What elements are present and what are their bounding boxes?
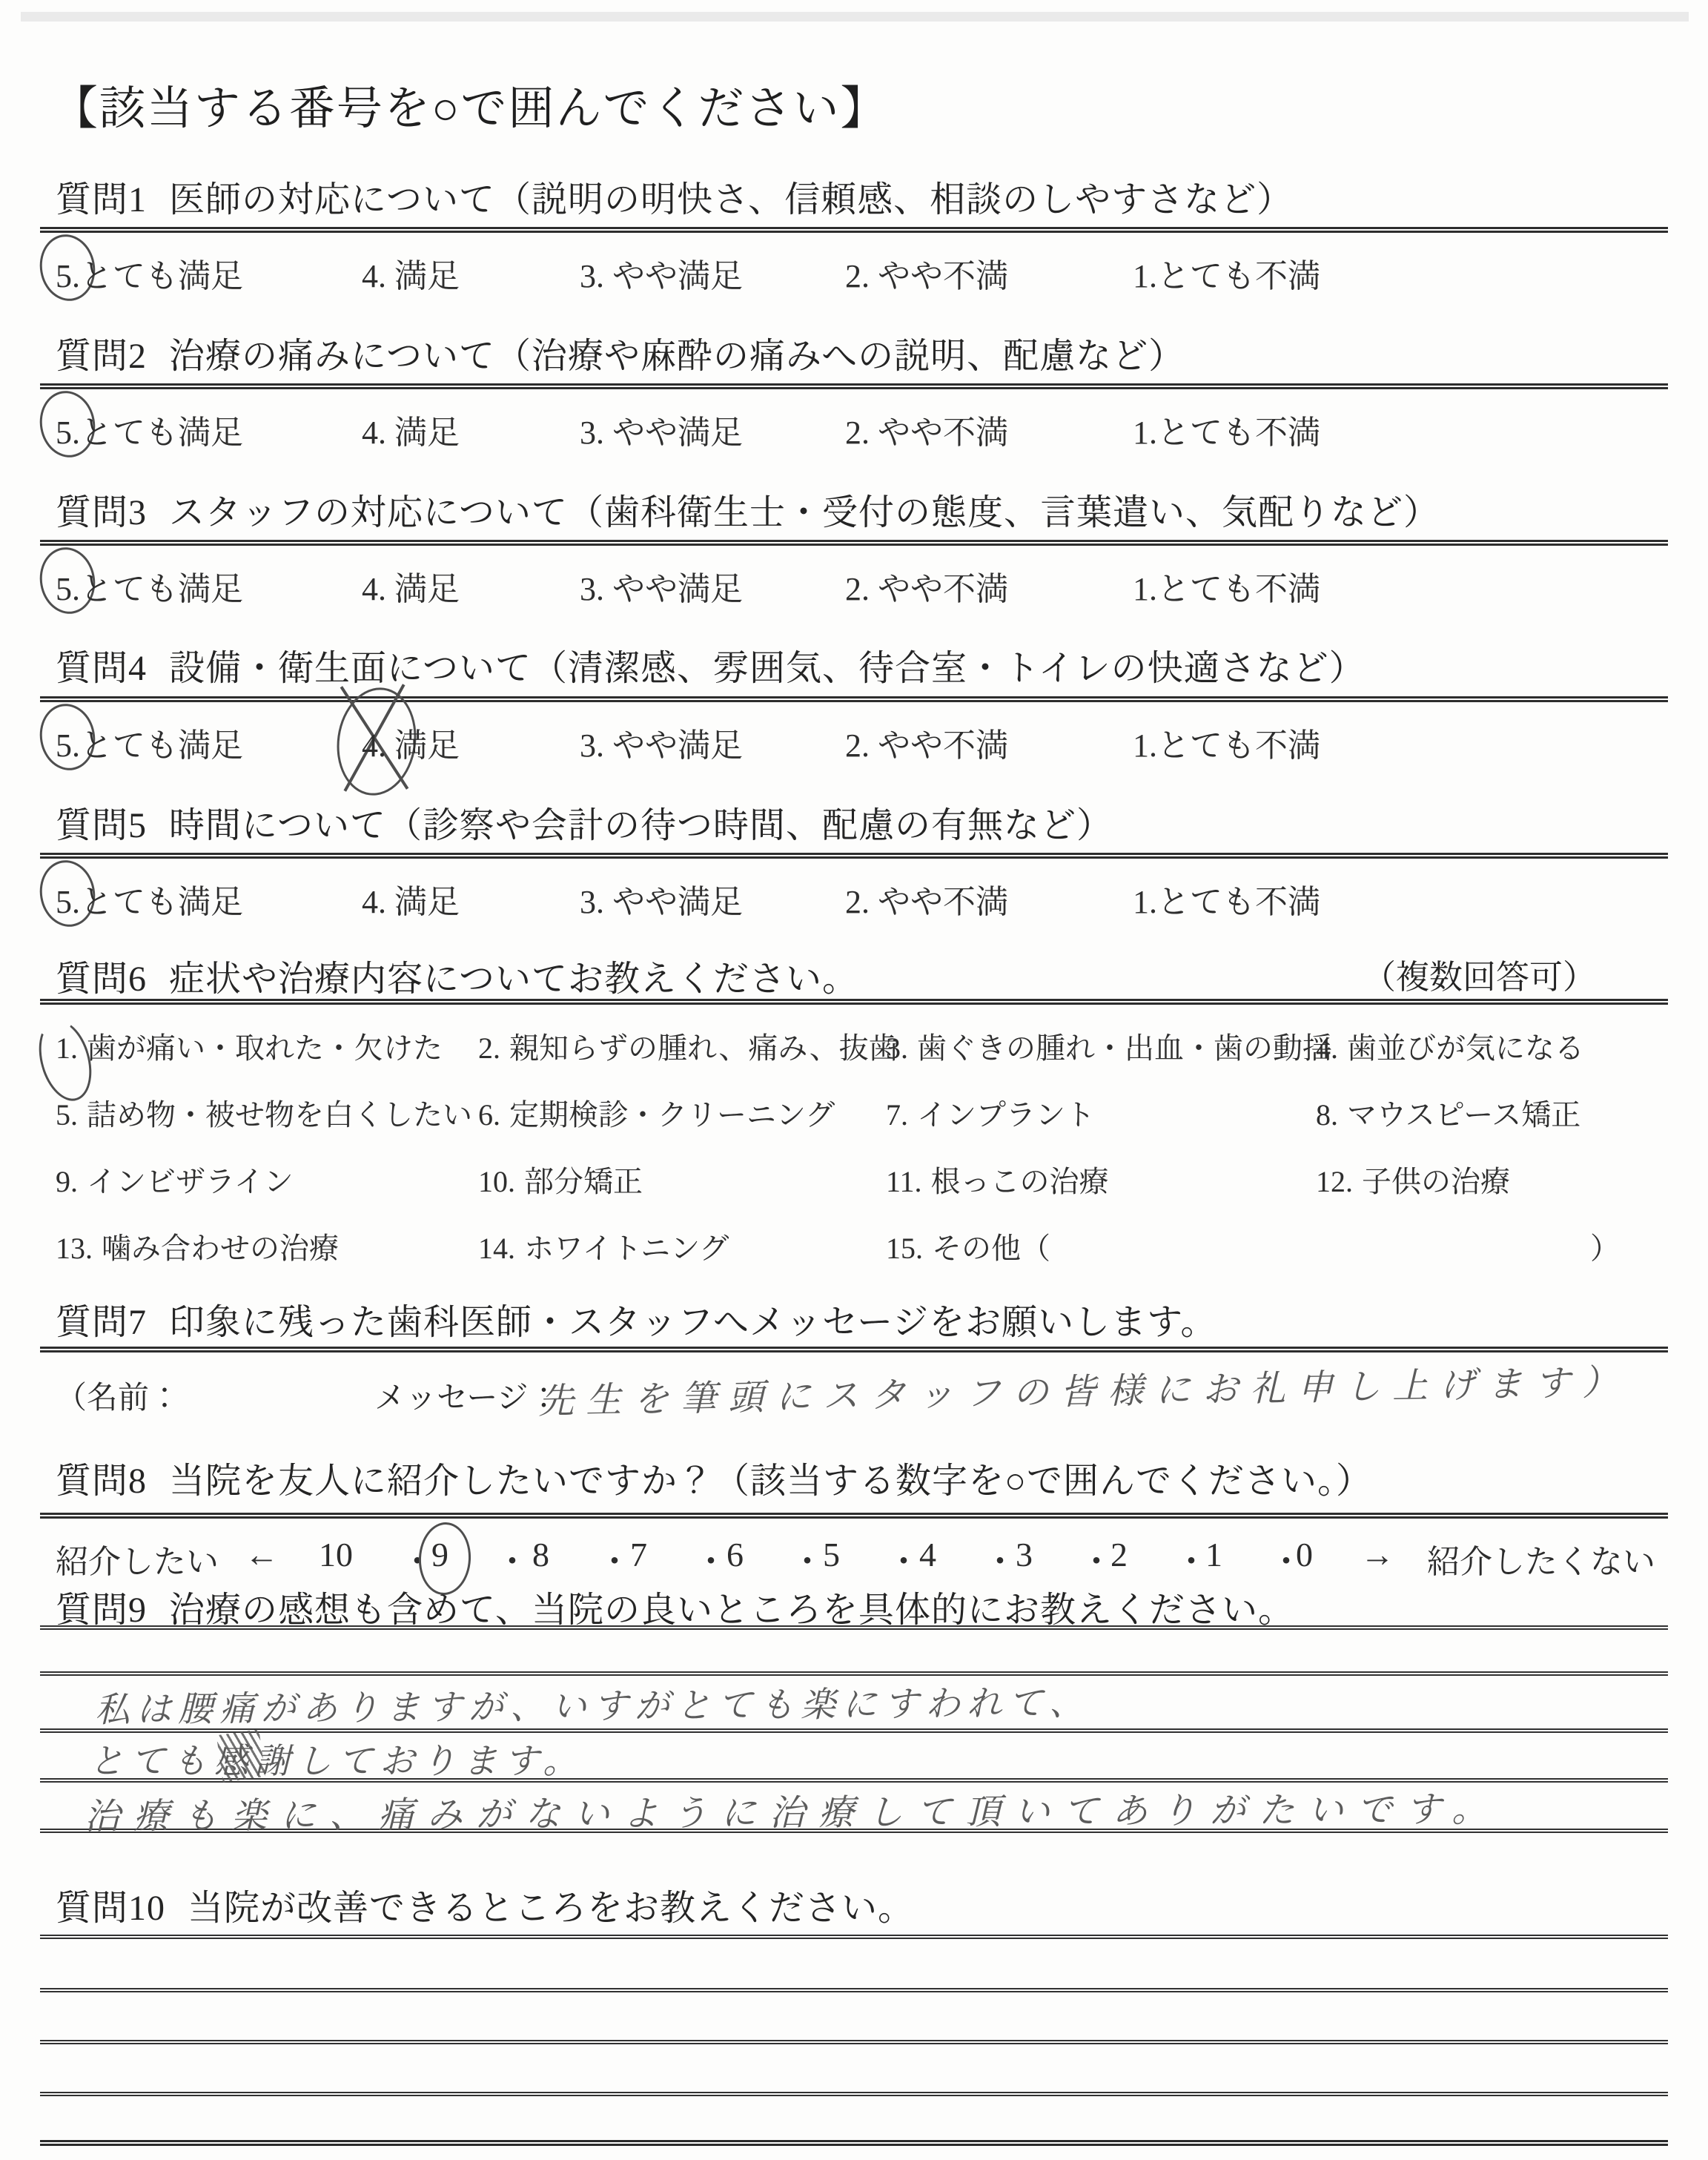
q6-item-7-label: インプラント [917, 1098, 1095, 1132]
q10-separator [40, 1935, 1668, 1939]
q6-item-6-num: 6. [478, 1098, 500, 1132]
q8-number-9: 9 [431, 1535, 448, 1574]
q8-dot-7: ・ [983, 1535, 1017, 1584]
q6-item-2-label: 親知らずの腫れ、痛み、抜歯 [509, 1031, 898, 1065]
q4-option-2: 2. やや不満 [845, 719, 1008, 766]
q1-option-5: 5.とても満足 [56, 249, 243, 297]
q6-item-11: 11.根っこの治療 [886, 1158, 1109, 1200]
q6-text: 症状や治療内容についてお教えください。 [169, 960, 858, 999]
q9-handwritten-line-1: 私は腰痛がありますが、いすがとても楽にすわれて、 [95, 1675, 1090, 1731]
q5-separator [40, 853, 1668, 859]
q8-right-label: 紹介したくない [1427, 1535, 1655, 1582]
q6-item-10-label: 部分矯正 [524, 1165, 643, 1198]
q5-heading: 質問5時間について（診察や会計の待つ時間、配慮の有無など） [56, 796, 1113, 848]
q6-item-1-label: 歯が痛い・取れた・欠けた [87, 1031, 443, 1065]
q5-text: 時間について（診察や会計の待つ時間、配慮の有無など） [169, 806, 1113, 845]
q8-dot-2: ・ [495, 1535, 529, 1584]
q6-item-5: 5.詰め物・被せ物を白くしたい [56, 1091, 472, 1134]
q6-item-9-num: 9. [56, 1165, 78, 1198]
q6-item-8: 8.マウスピース矯正 [1316, 1091, 1580, 1134]
q6-item-13-label: 噛み合わせの治療 [102, 1232, 339, 1265]
q1-text: 医師の対応について（説明の明快さ、信頼感、相談のしやすさなど） [169, 180, 1293, 219]
q9-separator [40, 1625, 1668, 1630]
q2-separator [40, 383, 1668, 389]
q6-item-13: 13.噛み合わせの治療 [56, 1225, 339, 1267]
q8-number-8: 8 [532, 1535, 549, 1574]
q6-item-3-label: 歯ぐきの腫れ・出血・歯の動揺 [917, 1031, 1332, 1065]
q6-item-1: 1.歯が痛い・取れた・欠けた [56, 1025, 443, 1067]
q5-option-5: 5.とても満足 [56, 875, 243, 922]
q2-option-4: 4. 満足 [362, 406, 460, 453]
q6-item-8-label: マウスピース矯正 [1347, 1098, 1580, 1132]
q1-label: 質問1 [56, 180, 147, 219]
q7-heading: 質問7印象に残った歯科医師・スタッフへメッセージをお願いします。 [56, 1293, 1217, 1344]
q9-scribbled-out-character-annotation [216, 1729, 265, 1782]
q8-dot-9: ・ [1174, 1535, 1208, 1584]
q6-label: 質問6 [56, 960, 147, 999]
q1-option-4: 4. 満足 [362, 249, 460, 297]
form-title: 【該当する番号を○で囲んでください】 [52, 71, 887, 137]
q6-item-14: 14.ホワイトニング [478, 1225, 729, 1267]
q8-number-10: 10 [319, 1535, 353, 1574]
q6-item-13-num: 13. [56, 1232, 93, 1265]
q4-option-5: 5.とても満足 [56, 719, 243, 766]
scan-artifact-band [21, 12, 1689, 22]
q8-right-arrow-icon: → [1360, 1535, 1394, 1574]
q8-label: 質問8 [56, 1462, 147, 1501]
q5-option-4: 4. 満足 [362, 875, 460, 922]
q6-row-2: 5.詰め物・被せ物を白くしたい 6.定期検診・クリーニング 7.インプラント 8… [0, 1091, 1708, 1139]
q7-label: 質問7 [56, 1303, 147, 1342]
q2-options: 5.とても満足 4. 満足 3. やや満足 2. やや不満 1.とても不満 [0, 401, 1708, 455]
q2-label: 質問2 [56, 337, 147, 376]
q10-answer-line-3 [40, 2092, 1668, 2096]
q8-number-4: 4 [919, 1535, 936, 1574]
q8-number-0: 0 [1296, 1535, 1313, 1574]
q6-item-4: 4.歯並びが気になる [1316, 1025, 1584, 1067]
q9-answer-line-1 [40, 1671, 1668, 1676]
q6-item-15-num: 15. [886, 1232, 923, 1265]
q6-separator [40, 999, 1668, 1005]
q9-handwritten-line-2: とても感謝しております。 [89, 1734, 584, 1783]
q6-item-15: 15.その他（ [886, 1225, 1050, 1267]
q7-message-field-label: メッセージ： [374, 1373, 559, 1418]
q6-item-4-label: 歯並びが気になる [1347, 1031, 1584, 1065]
q4-option-4: 4. 満足 [362, 719, 460, 766]
q6-item-1-num: 1. [56, 1031, 78, 1065]
q6-item-14-label: ホワイトニング [524, 1232, 729, 1265]
q3-separator [40, 540, 1668, 546]
q6-item-11-num: 11. [886, 1165, 922, 1198]
q6-item-8-num: 8. [1316, 1098, 1338, 1132]
q6-row-4: 13.噛み合わせの治療 14.ホワイトニング 15.その他（ ） [0, 1225, 1708, 1272]
q8-number-2: 2 [1110, 1535, 1128, 1574]
q5-option-3: 3. やや満足 [580, 875, 743, 922]
q6-item-3-num: 3. [886, 1031, 908, 1065]
survey-page: 【該当する番号を○で囲んでください】 質問1医師の対応について（説明の明快さ、信… [0, 0, 1708, 2160]
q6-item-6: 6.定期検診・クリーニング [478, 1091, 835, 1134]
q8-number-5: 5 [823, 1535, 840, 1574]
q10-answer-line-1 [40, 1988, 1668, 1992]
q2-option-2: 2. やや不満 [845, 406, 1008, 453]
q3-text: スタッフの対応について（歯科衛生士・受付の態度、言葉遣い、気配りなど） [169, 493, 1440, 532]
q8-heading: 質問8当院を友人に紹介したいですか？（該当する数字を○で囲んでください。） [56, 1452, 1372, 1503]
q2-text: 治療の痛みについて（治療や麻酔の痛みへの説明、配慮など） [169, 337, 1185, 376]
q1-option-2: 2. やや不満 [845, 249, 1008, 297]
q4-separator [40, 696, 1668, 702]
q6-multi-answer-note: （複数回答可） [1363, 950, 1596, 998]
q6-item-5-label: 詰め物・被せ物を白くしたい [87, 1098, 472, 1132]
q10-answer-line-4 [40, 2140, 1668, 2146]
q4-option-1: 1.とても不満 [1133, 719, 1320, 766]
q3-heading: 質問3スタッフの対応について（歯科衛生士・受付の態度、言葉遣い、気配りなど） [56, 483, 1440, 535]
q1-option-1: 1.とても不満 [1133, 249, 1320, 297]
q8-text: 当院を友人に紹介したいですか？（該当する数字を○で囲んでください。） [169, 1462, 1372, 1501]
q8-number-1: 1 [1205, 1535, 1222, 1574]
q8-number-9-wrap: 9 [431, 1535, 448, 1574]
q6-item-12-num: 12. [1316, 1165, 1353, 1198]
q10-label: 質問10 [56, 1889, 165, 1928]
q8-left-label: 紹介したい [56, 1535, 219, 1582]
q8-dot-3: ・ [598, 1535, 632, 1584]
q6-row-1: 1.歯が痛い・取れた・欠けた 2.親知らずの腫れ、痛み、抜歯 3.歯ぐきの腫れ・… [0, 1025, 1708, 1072]
q8-number-7: 7 [630, 1535, 647, 1574]
q5-options: 5.とても満足 4. 満足 3. やや満足 2. やや不満 1.とても不満 [0, 871, 1708, 924]
q1-heading: 質問1医師の対応について（説明の明快さ、信頼感、相談のしやすさなど） [56, 171, 1293, 222]
q8-dot-4: ・ [694, 1535, 728, 1584]
q6-heading: 質問6症状や治療内容についてお教えください。 [56, 950, 858, 1001]
q4-heading: 質問4設備・衛生面について（清潔感、雰囲気、待合室・トイレの快適さなど） [56, 639, 1366, 690]
q6-item-2: 2.親知らずの腫れ、痛み、抜歯 [478, 1025, 898, 1067]
q5-label: 質問5 [56, 806, 147, 845]
q8-dot-5: ・ [790, 1535, 824, 1584]
q6-item-7-num: 7. [886, 1098, 908, 1132]
q9-text: 治療の感想も含めて、当院の良いところを具体的にお教えください。 [169, 1591, 1294, 1630]
q6-other-close-paren: ） [1590, 1225, 1620, 1267]
q6-item-7: 7.インプラント [886, 1091, 1095, 1134]
q8-dot-8: ・ [1079, 1535, 1113, 1584]
q6-item-3: 3.歯ぐきの腫れ・出血・歯の動揺 [886, 1025, 1332, 1067]
q6-item-12-label: 子供の治療 [1362, 1165, 1510, 1198]
q3-options: 5.とても満足 4. 満足 3. やや満足 2. やや不満 1.とても不満 [0, 558, 1708, 611]
q9-handwritten-line-3: 治療も楽に、痛みがないように治療して頂いてありがたいです。 [85, 1780, 1501, 1839]
q8-number-3: 3 [1016, 1535, 1033, 1574]
q10-text: 当院が改善できるところをお教えください。 [188, 1889, 914, 1928]
q7-name-field-label: （名前： [56, 1373, 180, 1418]
q2-option-5: 5.とても満足 [56, 406, 243, 453]
q6-item-10-num: 10. [478, 1165, 515, 1198]
q4-options: 5.とても満足 4. 満足 3. やや満足 2. やや不満 1.とても不満 [0, 714, 1708, 767]
q6-item-4-num: 4. [1316, 1031, 1338, 1065]
q6-item-6-label: 定期検診・クリーニング [509, 1098, 835, 1132]
q4-label: 質問4 [56, 649, 147, 688]
q6-item-11-label: 根っこの治療 [931, 1165, 1109, 1198]
q3-option-1: 1.とても不満 [1133, 562, 1320, 610]
q9-heading: 質問9治療の感想も含めて、当院の良いところを具体的にお教えください。 [56, 1581, 1294, 1632]
q7-separator [40, 1347, 1668, 1353]
q5-option-1: 1.とても不満 [1133, 875, 1320, 922]
q6-item-5-num: 5. [56, 1098, 78, 1132]
q6-item-10: 10.部分矯正 [478, 1158, 643, 1200]
q8-separator [40, 1513, 1668, 1519]
q6-item-15-label: その他（ [932, 1232, 1050, 1265]
q3-option-3: 3. やや満足 [580, 562, 743, 610]
q4-option-3: 3. やや満足 [580, 719, 743, 766]
q6-item-12: 12.子供の治療 [1316, 1158, 1510, 1200]
q8-number-6: 6 [726, 1535, 744, 1574]
q6-item-9-label: インビザライン [87, 1165, 294, 1198]
q3-option-5: 5.とても満足 [56, 562, 243, 610]
q6-item-14-num: 14. [478, 1232, 515, 1265]
q9-label: 質問9 [56, 1591, 147, 1630]
q3-option-4: 4. 満足 [362, 562, 460, 610]
q3-label: 質問3 [56, 493, 147, 532]
q6-row-3: 9.インビザライン 10.部分矯正 11.根っこの治療 12.子供の治療 [0, 1158, 1708, 1206]
q2-option-1: 1.とても不満 [1133, 406, 1320, 453]
q4-text: 設備・衛生面について（清潔感、雰囲気、待合室・トイレの快適さなど） [169, 649, 1366, 688]
q8-left-arrow-icon: ← [245, 1535, 279, 1574]
q5-option-2: 2. やや不満 [845, 875, 1008, 922]
q10-heading: 質問10当院が改善できるところをお教えください。 [56, 1879, 914, 1930]
q6-item-9: 9.インビザライン [56, 1158, 294, 1200]
q2-option-3: 3. やや満足 [580, 406, 743, 453]
q8-dot-6: ・ [887, 1535, 921, 1584]
q3-option-2: 2. やや不満 [845, 562, 1008, 610]
q10-answer-line-2 [40, 2040, 1668, 2044]
q7-text: 印象に残った歯科医師・スタッフへメッセージをお願いします。 [169, 1303, 1217, 1342]
q7-handwritten-message: 先生を筆頭にスタッフの皆様にお礼申し上げます） [538, 1353, 1630, 1424]
q6-item-2-num: 2. [478, 1031, 500, 1065]
q1-options: 5.とても満足 4. 満足 3. やや満足 2. やや不満 1.とても不満 [0, 245, 1708, 298]
q1-separator [40, 227, 1668, 233]
q1-option-3: 3. やや満足 [580, 249, 743, 297]
q2-heading: 質問2治療の痛みについて（治療や麻酔の痛みへの説明、配慮など） [56, 327, 1185, 378]
